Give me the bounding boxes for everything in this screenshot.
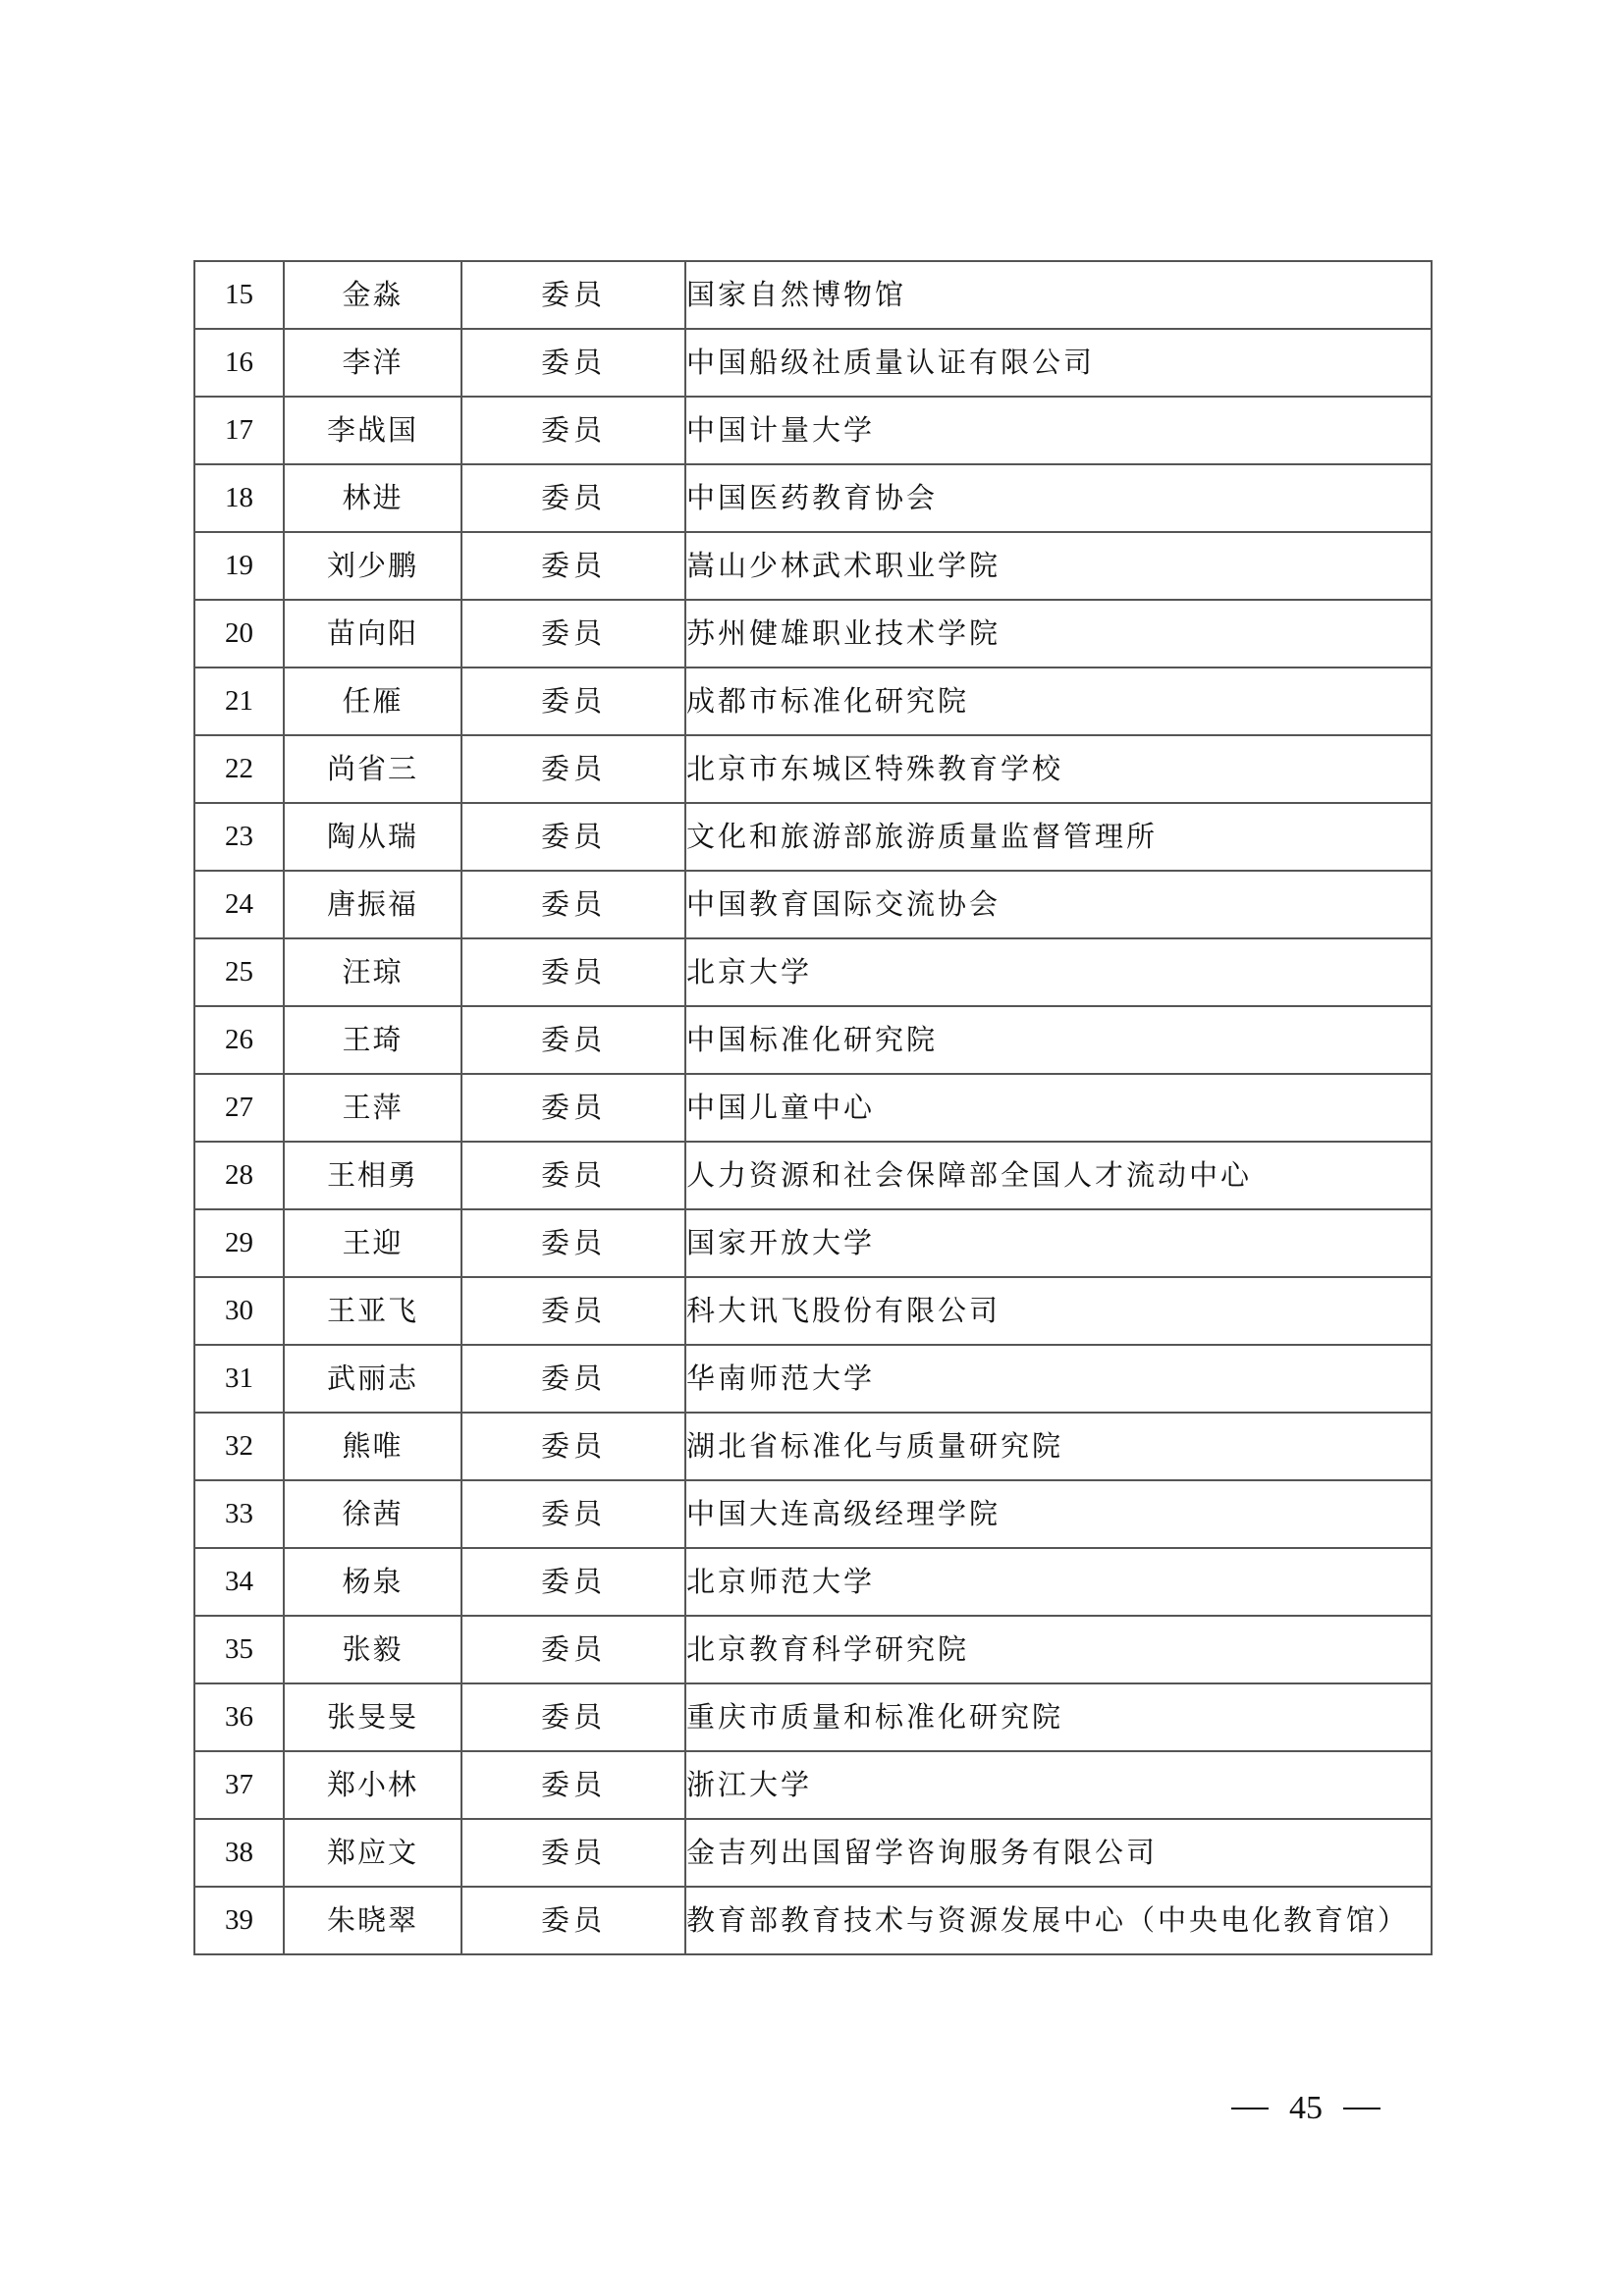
member-role: 委员 <box>461 532 685 600</box>
table-row: 27王萍委员中国儿童中心 <box>194 1074 1432 1142</box>
member-organization: 国家开放大学 <box>685 1209 1432 1277</box>
member-role: 委员 <box>461 1142 685 1209</box>
row-number: 28 <box>194 1142 284 1209</box>
member-role: 委员 <box>461 1480 685 1548</box>
row-number: 35 <box>194 1616 284 1683</box>
row-number: 15 <box>194 261 284 329</box>
member-organization: 成都市标准化研究院 <box>685 667 1432 735</box>
member-name: 张毅 <box>284 1616 461 1683</box>
member-roster-table: 15金淼委员国家自然博物馆 16李洋委员中国船级社质量认证有限公司 17李战国委… <box>193 260 1433 1955</box>
member-organization: 教育部教育技术与资源发展中心（中央电化教育馆） <box>685 1887 1432 1954</box>
table-row: 30王亚飞委员科大讯飞股份有限公司 <box>194 1277 1432 1345</box>
row-number: 26 <box>194 1006 284 1074</box>
table-row: 26王琦委员中国标准化研究院 <box>194 1006 1432 1074</box>
member-organization: 国家自然博物馆 <box>685 261 1432 329</box>
table-row: 21任雁委员成都市标准化研究院 <box>194 667 1432 735</box>
roster-body: 15金淼委员国家自然博物馆 16李洋委员中国船级社质量认证有限公司 17李战国委… <box>194 261 1432 1954</box>
member-organization: 嵩山少林武术职业学院 <box>685 532 1432 600</box>
row-number: 34 <box>194 1548 284 1616</box>
row-number: 30 <box>194 1277 284 1345</box>
document-page: 15金淼委员国家自然博物馆 16李洋委员中国船级社质量认证有限公司 17李战国委… <box>0 0 1624 2296</box>
member-organization: 中国教育国际交流协会 <box>685 871 1432 938</box>
member-name: 王琦 <box>284 1006 461 1074</box>
row-number: 21 <box>194 667 284 735</box>
member-name: 武丽志 <box>284 1345 461 1413</box>
member-name: 任雁 <box>284 667 461 735</box>
table-row: 38郑应文委员金吉列出国留学咨询服务有限公司 <box>194 1819 1432 1887</box>
member-name: 徐茜 <box>284 1480 461 1548</box>
member-role: 委员 <box>461 1887 685 1954</box>
member-name: 陶从瑞 <box>284 803 461 871</box>
member-organization: 中国医药教育协会 <box>685 464 1432 532</box>
member-name: 王亚飞 <box>284 1277 461 1345</box>
member-organization: 文化和旅游部旅游质量监督管理所 <box>685 803 1432 871</box>
page-number-left-dash <box>1231 2108 1269 2109</box>
member-organization: 北京大学 <box>685 938 1432 1006</box>
member-organization: 人力资源和社会保障部全国人才流动中心 <box>685 1142 1432 1209</box>
row-number: 19 <box>194 532 284 600</box>
member-organization: 北京教育科学研究院 <box>685 1616 1432 1683</box>
member-name: 熊唯 <box>284 1413 461 1480</box>
member-name: 林进 <box>284 464 461 532</box>
row-number: 36 <box>194 1683 284 1751</box>
table-row: 34杨泉委员北京师范大学 <box>194 1548 1432 1616</box>
member-organization: 浙江大学 <box>685 1751 1432 1819</box>
table-row: 18林进委员中国医药教育协会 <box>194 464 1432 532</box>
member-name: 李战国 <box>284 397 461 464</box>
member-organization: 科大讯飞股份有限公司 <box>685 1277 1432 1345</box>
member-role: 委员 <box>461 1006 685 1074</box>
table-row: 35张毅委员北京教育科学研究院 <box>194 1616 1432 1683</box>
table-row: 19刘少鹏委员嵩山少林武术职业学院 <box>194 532 1432 600</box>
member-organization: 北京师范大学 <box>685 1548 1432 1616</box>
member-role: 委员 <box>461 261 685 329</box>
member-name: 汪琼 <box>284 938 461 1006</box>
member-name: 朱晓翠 <box>284 1887 461 1954</box>
row-number: 25 <box>194 938 284 1006</box>
member-role: 委员 <box>461 1074 685 1142</box>
table-row: 32熊唯委员湖北省标准化与质量研究院 <box>194 1413 1432 1480</box>
member-name: 王相勇 <box>284 1142 461 1209</box>
member-organization: 中国标准化研究院 <box>685 1006 1432 1074</box>
row-number: 24 <box>194 871 284 938</box>
member-organization: 中国儿童中心 <box>685 1074 1432 1142</box>
member-name: 唐振福 <box>284 871 461 938</box>
member-organization: 华南师范大学 <box>685 1345 1432 1413</box>
member-name: 金淼 <box>284 261 461 329</box>
member-role: 委员 <box>461 735 685 803</box>
page-number-right-dash <box>1343 2108 1380 2109</box>
member-name: 郑小林 <box>284 1751 461 1819</box>
member-role: 委员 <box>461 1751 685 1819</box>
member-role: 委员 <box>461 1548 685 1616</box>
table-row: 22尚省三委员北京市东城区特殊教育学校 <box>194 735 1432 803</box>
member-name: 郑应文 <box>284 1819 461 1887</box>
member-name: 王迎 <box>284 1209 461 1277</box>
member-organization: 金吉列出国留学咨询服务有限公司 <box>685 1819 1432 1887</box>
row-number: 23 <box>194 803 284 871</box>
member-role: 委员 <box>461 1277 685 1345</box>
member-name: 苗向阳 <box>284 600 461 667</box>
table-row: 29王迎委员国家开放大学 <box>194 1209 1432 1277</box>
member-role: 委员 <box>461 803 685 871</box>
row-number: 33 <box>194 1480 284 1548</box>
member-organization: 湖北省标准化与质量研究院 <box>685 1413 1432 1480</box>
table-row: 15金淼委员国家自然博物馆 <box>194 261 1432 329</box>
member-role: 委员 <box>461 1209 685 1277</box>
member-organization: 北京市东城区特殊教育学校 <box>685 735 1432 803</box>
member-name: 尚省三 <box>284 735 461 803</box>
table-row: 36张旻旻委员重庆市质量和标准化研究院 <box>194 1683 1432 1751</box>
table-row: 16李洋委员中国船级社质量认证有限公司 <box>194 329 1432 397</box>
member-organization: 中国大连高级经理学院 <box>685 1480 1432 1548</box>
member-role: 委员 <box>461 1819 685 1887</box>
page-number: 45 <box>1231 2089 1380 2128</box>
member-role: 委员 <box>461 938 685 1006</box>
member-role: 委员 <box>461 1345 685 1413</box>
row-number: 37 <box>194 1751 284 1819</box>
row-number: 31 <box>194 1345 284 1413</box>
row-number: 32 <box>194 1413 284 1480</box>
member-organization: 中国船级社质量认证有限公司 <box>685 329 1432 397</box>
table-row: 37郑小林委员浙江大学 <box>194 1751 1432 1819</box>
member-role: 委员 <box>461 1616 685 1683</box>
member-name: 刘少鹏 <box>284 532 461 600</box>
row-number: 29 <box>194 1209 284 1277</box>
table-row: 28王相勇委员人力资源和社会保障部全国人才流动中心 <box>194 1142 1432 1209</box>
page-number-value: 45 <box>1289 2090 1323 2127</box>
row-number: 18 <box>194 464 284 532</box>
member-role: 委员 <box>461 667 685 735</box>
member-role: 委员 <box>461 871 685 938</box>
row-number: 17 <box>194 397 284 464</box>
member-organization: 苏州健雄职业技术学院 <box>685 600 1432 667</box>
table-row: 20苗向阳委员苏州健雄职业技术学院 <box>194 600 1432 667</box>
table-row: 33徐茜委员中国大连高级经理学院 <box>194 1480 1432 1548</box>
member-name: 李洋 <box>284 329 461 397</box>
table-row: 31武丽志委员华南师范大学 <box>194 1345 1432 1413</box>
row-number: 38 <box>194 1819 284 1887</box>
row-number: 22 <box>194 735 284 803</box>
member-name: 张旻旻 <box>284 1683 461 1751</box>
member-role: 委员 <box>461 329 685 397</box>
table-row: 17李战国委员中国计量大学 <box>194 397 1432 464</box>
member-role: 委员 <box>461 600 685 667</box>
member-role: 委员 <box>461 397 685 464</box>
row-number: 16 <box>194 329 284 397</box>
table-row: 23陶从瑞委员文化和旅游部旅游质量监督管理所 <box>194 803 1432 871</box>
member-role: 委员 <box>461 1413 685 1480</box>
member-name: 王萍 <box>284 1074 461 1142</box>
member-role: 委员 <box>461 464 685 532</box>
row-number: 27 <box>194 1074 284 1142</box>
table-row: 25汪琼委员北京大学 <box>194 938 1432 1006</box>
member-role: 委员 <box>461 1683 685 1751</box>
row-number: 39 <box>194 1887 284 1954</box>
member-name: 杨泉 <box>284 1548 461 1616</box>
table-row: 39朱晓翠委员教育部教育技术与资源发展中心（中央电化教育馆） <box>194 1887 1432 1954</box>
member-organization: 中国计量大学 <box>685 397 1432 464</box>
table-row: 24唐振福委员中国教育国际交流协会 <box>194 871 1432 938</box>
row-number: 20 <box>194 600 284 667</box>
member-organization: 重庆市质量和标准化研究院 <box>685 1683 1432 1751</box>
